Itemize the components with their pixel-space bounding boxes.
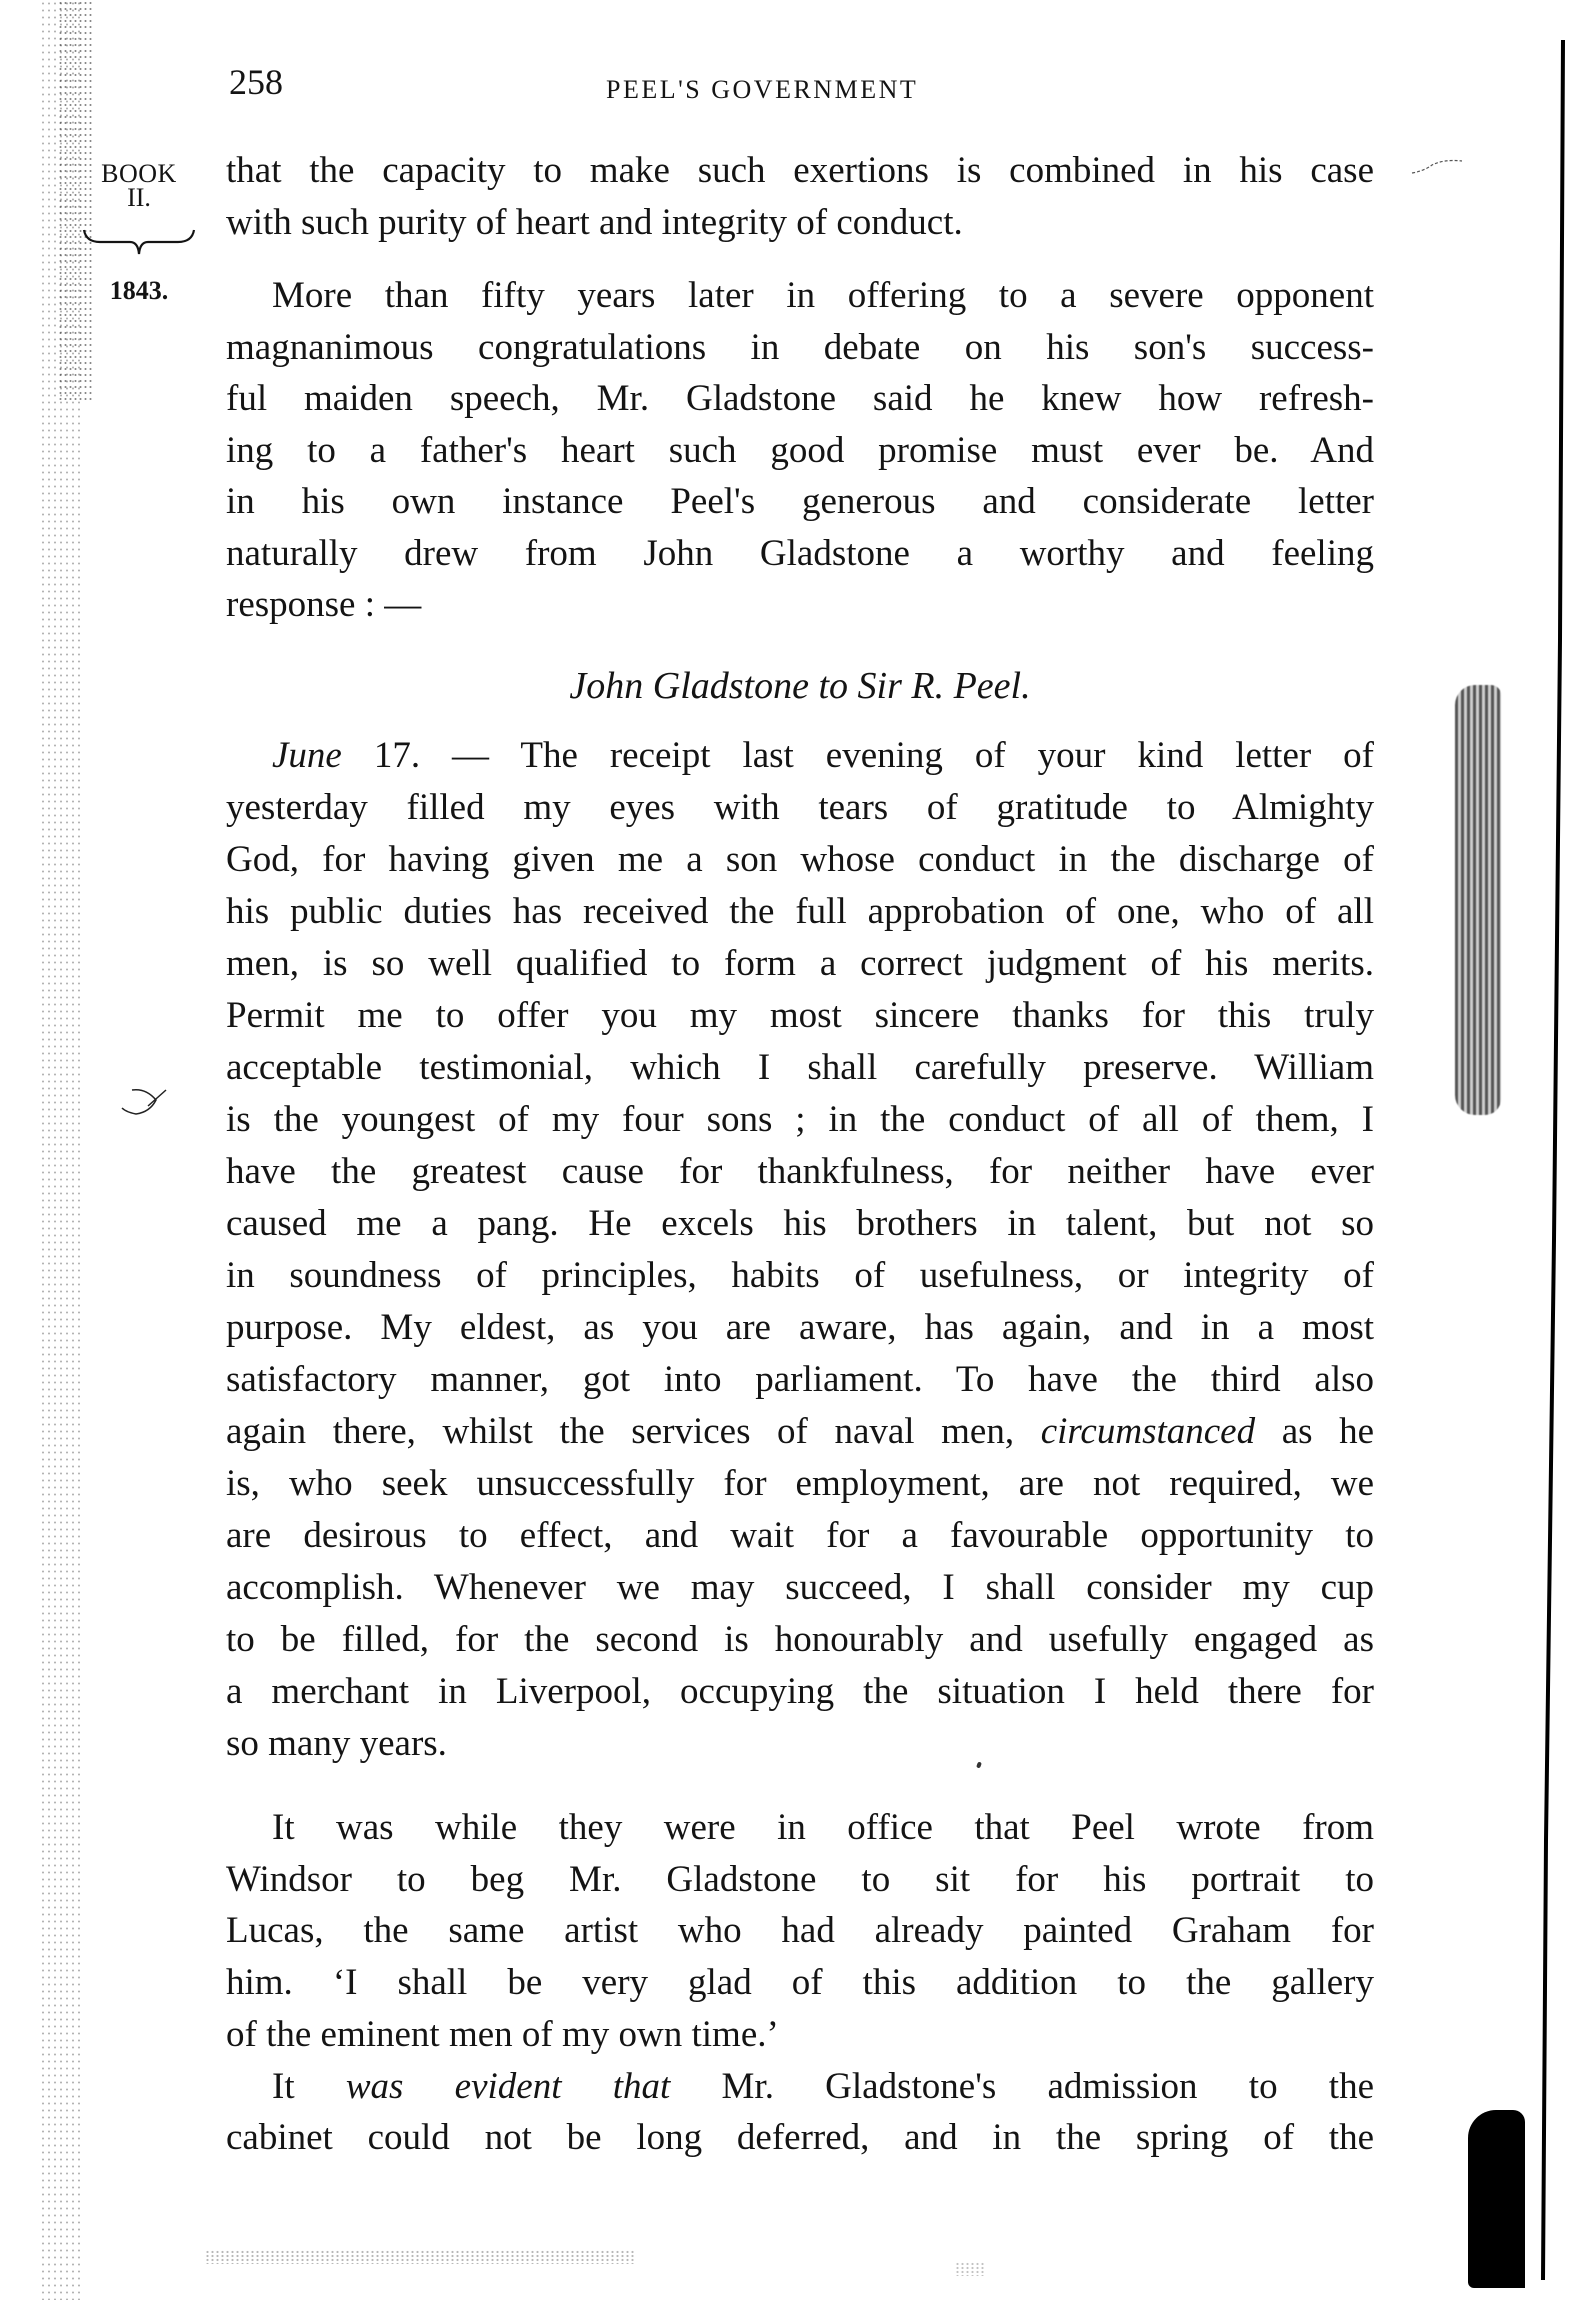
text-line: Lucas, the same artist who had already p…	[226, 1909, 1374, 1953]
text-line: to be filled, for the second is honourab…	[226, 1618, 1374, 1662]
text-line: with such purity of heart and integrity …	[226, 201, 1374, 245]
text-line: acceptable testimonial, which I shall ca…	[226, 1046, 1374, 1090]
page-edge-line	[1516, 40, 1576, 2300]
text-line: It was evident that Mr. Gladstone's admi…	[272, 2065, 1374, 2109]
text-line: in soundness of principles, habits of us…	[226, 1254, 1374, 1298]
text-segment: as he	[1282, 1411, 1374, 1452]
pencil-mark-icon	[118, 1078, 188, 1124]
ink-blot	[1468, 2110, 1525, 2288]
text-line: accomplish. Whenever we may succeed, I s…	[226, 1566, 1374, 1610]
sidenote-book-number: II.	[80, 185, 198, 211]
letter-first-line: June 17. — The receipt last evening of y…	[272, 734, 1374, 778]
text-line: ing to a father's heart such good promis…	[226, 429, 1374, 473]
brace-icon	[82, 228, 196, 258]
text-line: yesterday filled my eyes with tears of g…	[226, 786, 1374, 830]
book-page: 258 PEEL'S GOVERNMENT BOOK II. 1843. tha…	[0, 0, 1576, 2306]
text-line: God, for having given me a son whose con…	[226, 838, 1374, 882]
text-line: It was while they were in office that Pe…	[272, 1806, 1374, 1850]
letter-date-month: June	[272, 735, 342, 776]
running-head-title: PEEL'S GOVERNMENT	[606, 70, 918, 110]
text-line: of the eminent men of my own time.’	[226, 2013, 1374, 2057]
ink-smudge	[1455, 685, 1501, 1115]
text-line: response : —	[226, 583, 1374, 627]
text-line: Permit me to offer you my most sincere t…	[226, 994, 1374, 1038]
letter-date-day: 17. —	[374, 735, 489, 776]
text-line: caused me a pang. He excels his brothers…	[226, 1202, 1374, 1246]
letter-heading: John Gladstone to Sir R. Peel.	[226, 664, 1374, 708]
margin-tick-mark	[1410, 157, 1465, 177]
italic-segment: circumstanced	[1041, 1411, 1255, 1452]
text-line: Windsor to beg Mr. Gladstone to sit for …	[226, 1858, 1374, 1902]
text-line: again there, whilst the services of nava…	[226, 1410, 1374, 1454]
text-line: in his own instance Peel's generous and …	[226, 480, 1374, 524]
text-line: purpose. My eldest, as you are aware, ha…	[226, 1306, 1374, 1350]
text-segment: again there, whilst the services of nava…	[226, 1411, 1014, 1452]
bleed-through-text	[205, 2250, 635, 2264]
text-line: More than fifty years later in offering …	[272, 274, 1374, 318]
text-line: are desirous to effect, and wait for a f…	[226, 1514, 1374, 1558]
letter-first-line-text: The receipt last evening of your kind le…	[520, 735, 1374, 776]
italic-segment: was evident that	[346, 2066, 670, 2107]
bleed-through-mark	[955, 2262, 985, 2276]
text-line: satisfactory manner, got into parliament…	[226, 1358, 1374, 1402]
sidenote-year: 1843.	[80, 278, 198, 304]
text-line: is the youngest of my four sons ; in the…	[226, 1098, 1374, 1142]
text-line: have the greatest cause for thankfulness…	[226, 1150, 1374, 1194]
text-line: so many years.	[226, 1722, 1374, 1766]
text-line: that the capacity to make such exertions…	[226, 149, 1374, 193]
text-line: ful maiden speech, Mr. Gladstone said he…	[226, 377, 1374, 421]
text-line: his public duties has received the full …	[226, 890, 1374, 934]
text-line: magnanimous congratulations in debate on…	[226, 326, 1374, 370]
scan-noise-left-edge	[40, 0, 80, 2300]
text-line: him. ‘I shall be very glad of this addit…	[226, 1961, 1374, 2005]
text-segment: Mr. Gladstone's admission to the	[722, 2066, 1375, 2107]
text-line: naturally drew from John Gladstone a wor…	[226, 532, 1374, 576]
page-number: 258	[229, 62, 283, 102]
text-segment: It	[272, 2066, 295, 2107]
text-line: is, who seek unsuccessfully for employme…	[226, 1462, 1374, 1506]
text-line: a merchant in Liverpool, occupying the s…	[226, 1670, 1374, 1714]
text-line: cabinet could not be long deferred, and …	[226, 2116, 1374, 2160]
text-line: men, is so well qualified to form a corr…	[226, 942, 1374, 986]
